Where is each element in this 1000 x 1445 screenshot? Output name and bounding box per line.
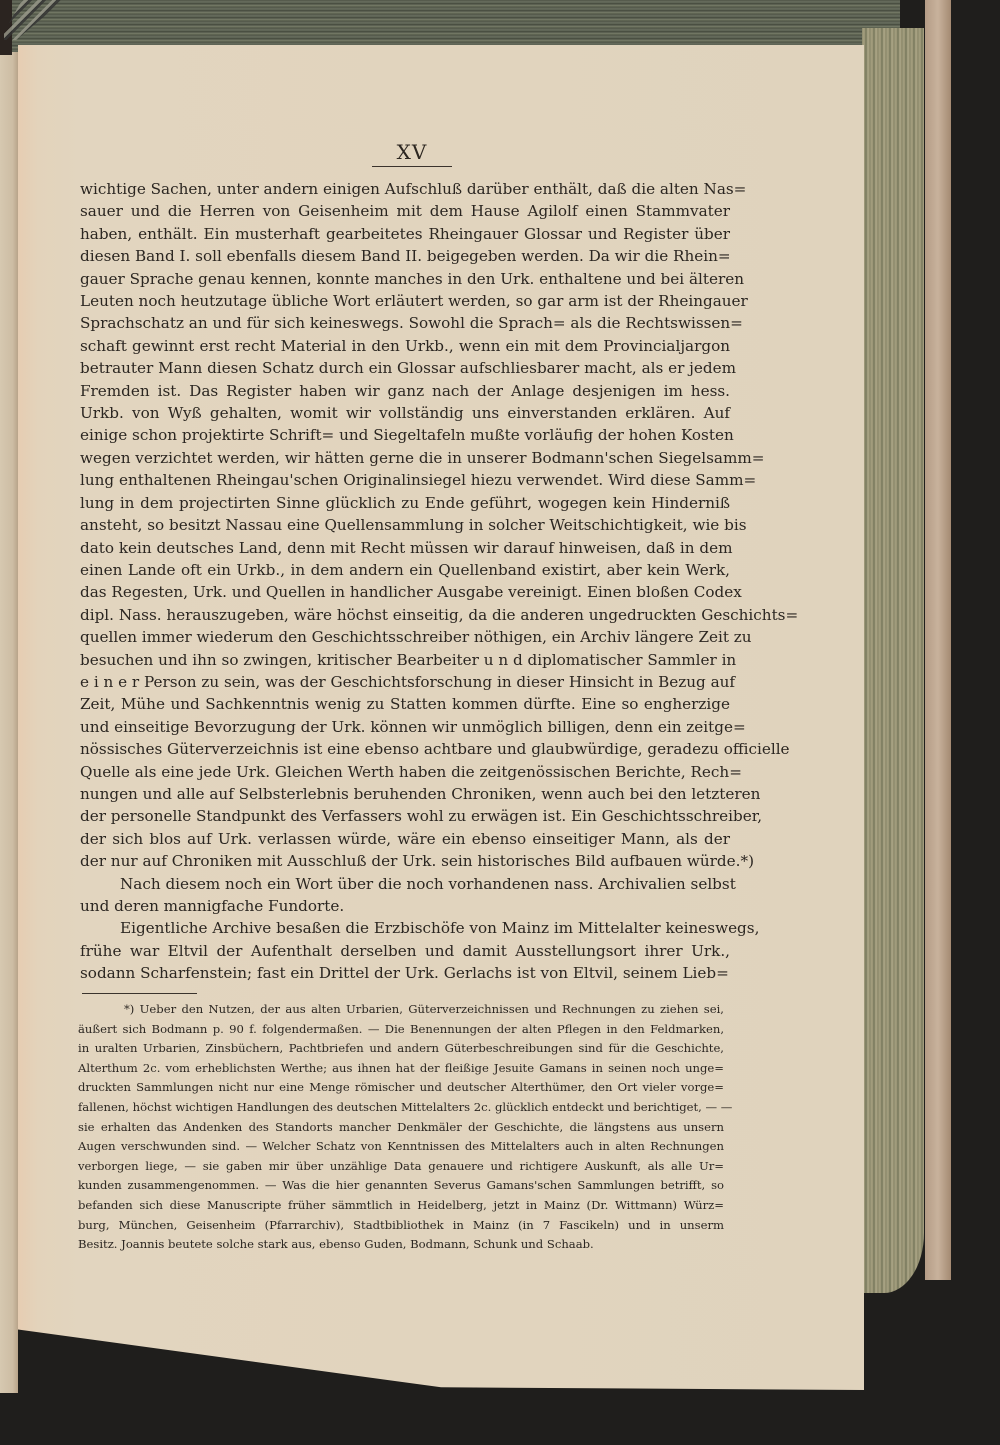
text-line: der personelle Standpunkt des Verfassers… bbox=[80, 805, 730, 827]
body-text: wichtige Sachen, unter andern einigen Au… bbox=[80, 178, 730, 985]
text-line: das Regesten, Urk. und Quellen in handli… bbox=[80, 581, 730, 603]
text-line: lung enthaltenen Rheingau'schen Original… bbox=[80, 469, 730, 491]
footnote-line: burg, München, Geisenheim (Pfarrarchiv),… bbox=[78, 1216, 724, 1236]
right-page-edges bbox=[862, 28, 924, 1293]
text-line: sauer und die Herren von Geisenheim mit … bbox=[80, 200, 730, 222]
footnote-line: *) Ueber den Nutzen, der aus alten Urbar… bbox=[78, 1000, 724, 1020]
text-line: und deren mannigfache Fundorte. bbox=[80, 895, 730, 917]
footnote-line: in uralten Urbarien, Zinsbüchern, Pachtb… bbox=[78, 1039, 724, 1059]
text-line: Leuten noch heutzutage übliche Wort erlä… bbox=[80, 290, 730, 312]
paragraph: wichtige Sachen, unter andern einigen Au… bbox=[80, 178, 730, 873]
text-line: einen Lande oft ein Urkb., in dem andern… bbox=[80, 559, 730, 581]
text-line: wichtige Sachen, unter andern einigen Au… bbox=[80, 178, 730, 200]
footnote-rule bbox=[82, 993, 197, 994]
text-line: besuchen und ihn so zwingen, kritischer … bbox=[80, 649, 730, 671]
text-line: frühe war Eltvil der Aufenthalt derselbe… bbox=[80, 940, 730, 962]
footnote-line: fallenen, höchst wichtigen Handlungen de… bbox=[78, 1098, 724, 1118]
text-line: haben, enthält. Ein musterhaft gearbeite… bbox=[80, 223, 730, 245]
text-line: e i n e r Person zu sein, was der Geschi… bbox=[80, 671, 730, 693]
footnote-line: sie erhalten das Andenken des Standorts … bbox=[78, 1118, 724, 1138]
footnote-line: verborgen liege, — sie gaben mir über un… bbox=[78, 1157, 724, 1177]
text-line: Zeit, Mühe und Sachkenntnis wenig zu Sta… bbox=[80, 693, 730, 715]
text-line: der nur auf Chroniken mit Ausschluß der … bbox=[80, 850, 730, 872]
text-line: Sprachschatz an und für sich keineswegs.… bbox=[80, 312, 730, 334]
book-board bbox=[925, 0, 951, 1280]
page-number: XV bbox=[372, 140, 452, 164]
text-line: sodann Scharfenstein; fast ein Drittel d… bbox=[80, 962, 730, 984]
footnote-line: Besitz. Joannis beutete solche stark aus… bbox=[78, 1235, 724, 1255]
footnote: *) Ueber den Nutzen, der aus alten Urbar… bbox=[78, 1000, 724, 1255]
text-line: nungen und alle auf Selbsterlebnis beruh… bbox=[80, 783, 730, 805]
footnote-line: befanden sich diese Manuscripte früher s… bbox=[78, 1196, 724, 1216]
text-line: quellen immer wiederum den Geschichtssch… bbox=[80, 626, 730, 648]
text-line: Urkb. von Wyß gehalten, womit wir vollst… bbox=[80, 402, 730, 424]
footnote-line: Augen verschwunden sind. — Welcher Schat… bbox=[78, 1137, 724, 1157]
text-line: gauer Sprache genau kennen, konnte manch… bbox=[80, 268, 730, 290]
text-line: dato kein deutsches Land, denn mit Recht… bbox=[80, 537, 730, 559]
text-line: Eigentliche Archive besaßen die Erzbisch… bbox=[80, 917, 730, 939]
text-line: diesen Band I. soll ebenfalls diesem Ban… bbox=[80, 245, 730, 267]
footnote-line: kunden zusammengenommen. — Was die hier … bbox=[78, 1176, 724, 1196]
text-line: betrauter Mann diesen Schatz durch ein G… bbox=[80, 357, 730, 379]
footnote-line: druckten Sammlungen nicht nur eine Menge… bbox=[78, 1078, 724, 1098]
footnote-line: Alterthum 2c. vom erheblichsten Werthe; … bbox=[78, 1059, 724, 1079]
text-line: ansteht, so besitzt Nassau eine Quellens… bbox=[80, 514, 730, 536]
text-line: nössisches Güterverzeichnis ist eine ebe… bbox=[80, 738, 730, 760]
paragraph: Nach diesem noch ein Wort über die noch … bbox=[80, 873, 730, 918]
text-line: schaft gewinnt erst recht Material in de… bbox=[80, 335, 730, 357]
header-rule bbox=[372, 166, 452, 167]
text-line: der sich blos auf Urk. verlassen würde, … bbox=[80, 828, 730, 850]
top-page-edges bbox=[0, 0, 900, 52]
paragraph: Eigentliche Archive besaßen die Erzbisch… bbox=[80, 917, 730, 984]
left-page-edge bbox=[0, 48, 18, 1393]
text-line: und einseitige Bevorzugung der Urk. könn… bbox=[80, 716, 730, 738]
text-line: dipl. Nass. herauszugeben, wäre höchst e… bbox=[80, 604, 730, 626]
text-line: Fremden ist. Das Register haben wir ganz… bbox=[80, 380, 730, 402]
text-line: wegen verzichtet werden, wir hätten gern… bbox=[80, 447, 730, 469]
footnote-line: äußert sich Bodmann p. 90 f. folgenderma… bbox=[78, 1020, 724, 1040]
text-line: Nach diesem noch ein Wort über die noch … bbox=[80, 873, 730, 895]
text-line: einige schon projektirte Schrift= und Si… bbox=[80, 424, 730, 446]
text-line: Quelle als eine jede Urk. Gleichen Werth… bbox=[80, 761, 730, 783]
text-line: lung in dem projectirten Sinne glücklich… bbox=[80, 492, 730, 514]
